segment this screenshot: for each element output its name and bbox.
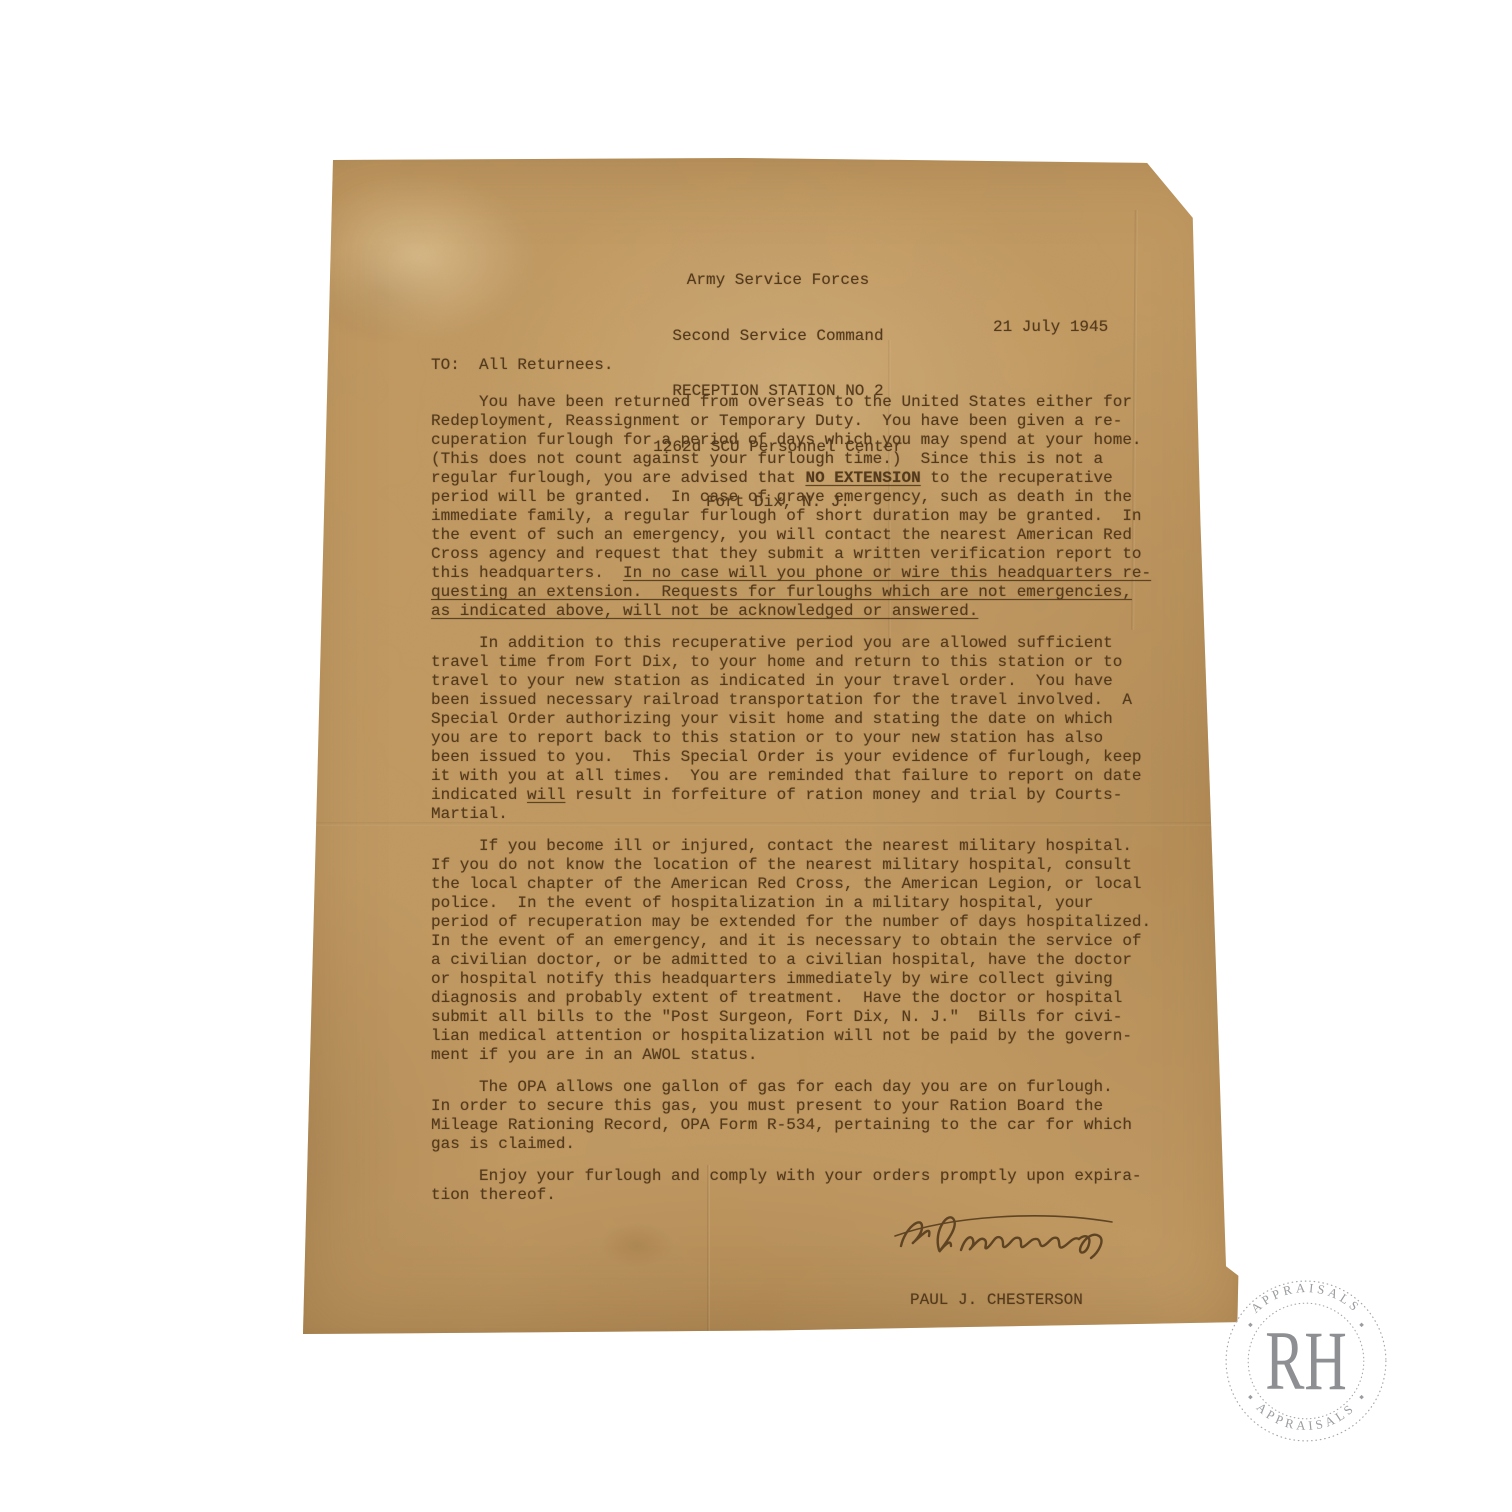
letter-body: You have been returned from overseas to … [431, 393, 1173, 1205]
underlined-text: NO EXTENSION [805, 469, 920, 487]
letter-paragraph: The OPA allows one gallon of gas for eac… [431, 1078, 1173, 1154]
letter-content: Army Service Forces Second Service Comma… [295, 150, 1245, 1340]
rh-monogram: RH [1265, 1314, 1347, 1408]
underlined-text: will [527, 786, 565, 804]
letter-text: If you become ill or injured, contact th… [431, 837, 1151, 1064]
watermark-arc-top: APPRAISALS [1248, 1281, 1363, 1316]
letter-paragraph: You have been returned from overseas to … [431, 393, 1173, 621]
photo-canvas: Army Service Forces Second Service Comma… [0, 0, 1512, 1512]
signature-name: PAUL J. CHESTERSON [910, 1290, 1083, 1311]
letter-text: Enjoy your furlough and comply with your… [431, 1167, 1142, 1204]
letter-paragraph: Enjoy your furlough and comply with your… [431, 1167, 1173, 1205]
signature-rank: Lt Col, FA, [910, 1353, 1083, 1374]
letter-text: The OPA allows one gallon of gas for eac… [431, 1078, 1132, 1153]
letter-text: In addition to this recuperative period … [431, 634, 1142, 804]
letter-paragraph: In addition to this recuperative period … [431, 634, 1173, 824]
letter-document: Army Service Forces Second Service Comma… [295, 150, 1245, 1340]
letter-paragraph: If you become ill or injured, contact th… [431, 837, 1173, 1065]
date-line: 21 July 1945 [993, 318, 1108, 336]
letterhead-line: Army Service Forces [433, 271, 1123, 290]
salutation-line: TO: All Returnees. [431, 356, 613, 374]
signature-block: PAUL J. CHESTERSON Lt Col, FA, Commandin… [910, 1248, 1083, 1479]
appraisal-watermark: APPRAISALS APPRAISALS RH [1221, 1276, 1391, 1446]
signature-title: Commanding. [910, 1416, 1083, 1437]
